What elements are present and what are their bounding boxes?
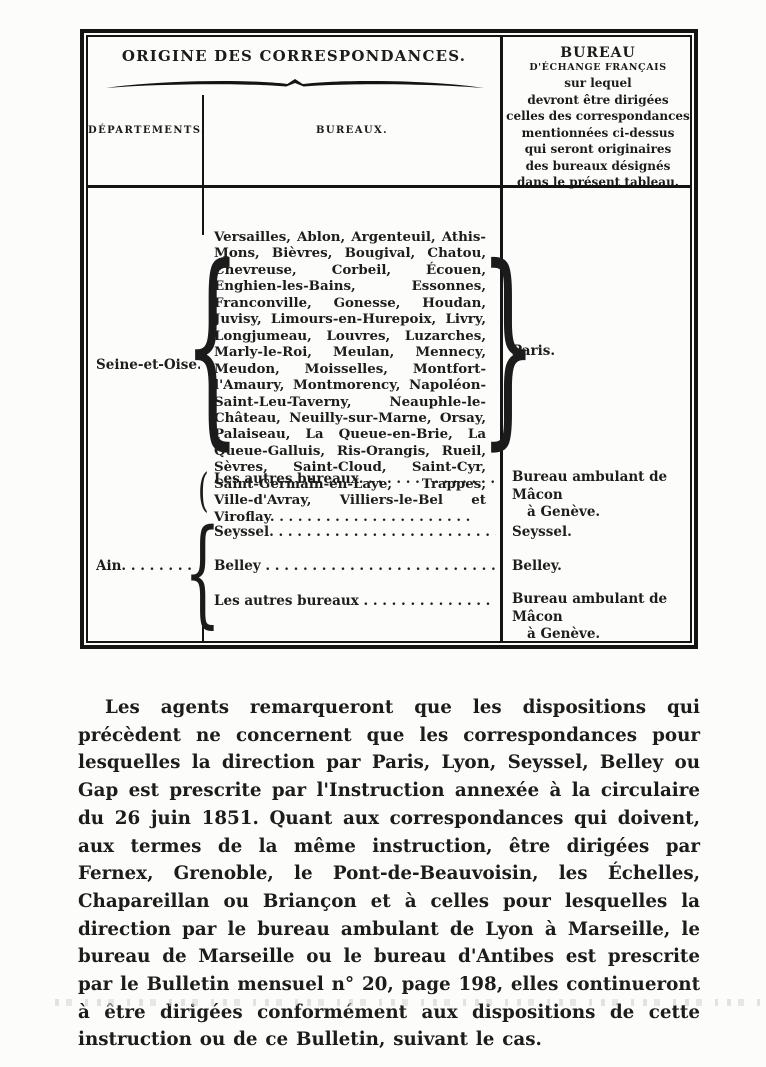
table-title: ORIGINE DES CORRESPONDANCES. <box>88 47 500 65</box>
swelled-rule-brace <box>102 77 488 91</box>
departement-ain: Ain. . . . . . . . . . . <box>96 558 196 574</box>
bureau-echange-line: sur lequel <box>504 75 692 92</box>
row-les-autres-bureaux-1: Les autres bureaux. . . . . . . . . . . … <box>214 471 496 487</box>
bureau-echange-subtitle: D'ÉCHANGE FRANÇAIS <box>504 62 692 73</box>
column-divider-1-header <box>202 95 204 235</box>
correspondence-table: ORIGINE DES CORRESPONDANCES. DÉPARTEMENT… <box>80 29 698 649</box>
bureau-echange-line: mentionnées ci-dessus <box>504 125 692 142</box>
column-header-departements: DÉPARTEMENTS. <box>88 125 202 136</box>
bureau-echange-line: devront être dirigées <box>504 92 692 109</box>
column-header-bureaux: BUREAUX. <box>204 125 500 136</box>
bureau-echange-line: des bureaux désignés <box>504 158 692 175</box>
bureau-echange-line: celles des correspondances <box>504 108 692 125</box>
table-inner-frame: ORIGINE DES CORRESPONDANCES. DÉPARTEMENT… <box>86 35 692 643</box>
row-belley: Belley . . . . . . . . . . . . . . . . .… <box>214 558 496 574</box>
bureau-echange-line: dans le présent tableau. <box>504 174 692 191</box>
destination-line: Bureau ambulant de Mâcon <box>512 591 688 626</box>
scanned-document-page: ORIGINE DES CORRESPONDANCES. DÉPARTEMENT… <box>0 0 766 1067</box>
row-seyssel: Seyssel. . . . . . . . . . . . . . . . .… <box>214 524 496 540</box>
scan-showthrough-strip <box>55 999 761 1006</box>
column-header-bureau-echange: BUREAU D'ÉCHANGE FRANÇAIS sur lequel dev… <box>504 45 692 191</box>
row-les-autres-bureaux-2: Les autres bureaux . . . . . . . . . . .… <box>214 593 496 609</box>
header-bottom-rule <box>88 185 692 188</box>
destination-line: à Genève. <box>512 626 688 644</box>
destination-macon-geneve-1: Bureau ambulant de Mâcon à Genève. <box>512 469 688 522</box>
destination-belley: Belley. <box>512 558 562 574</box>
destination-paris: Paris. <box>512 343 555 359</box>
destination-seyssel: Seyssel. <box>512 524 572 540</box>
bureau-echange-line: qui seront originaires <box>504 141 692 158</box>
destination-line: à Genève. <box>512 504 688 522</box>
destination-macon-geneve-2: Bureau ambulant de Mâcon à Genève. <box>512 591 688 644</box>
bureau-echange-title: BUREAU <box>504 45 692 61</box>
destination-line: Bureau ambulant de Mâcon <box>512 469 688 504</box>
